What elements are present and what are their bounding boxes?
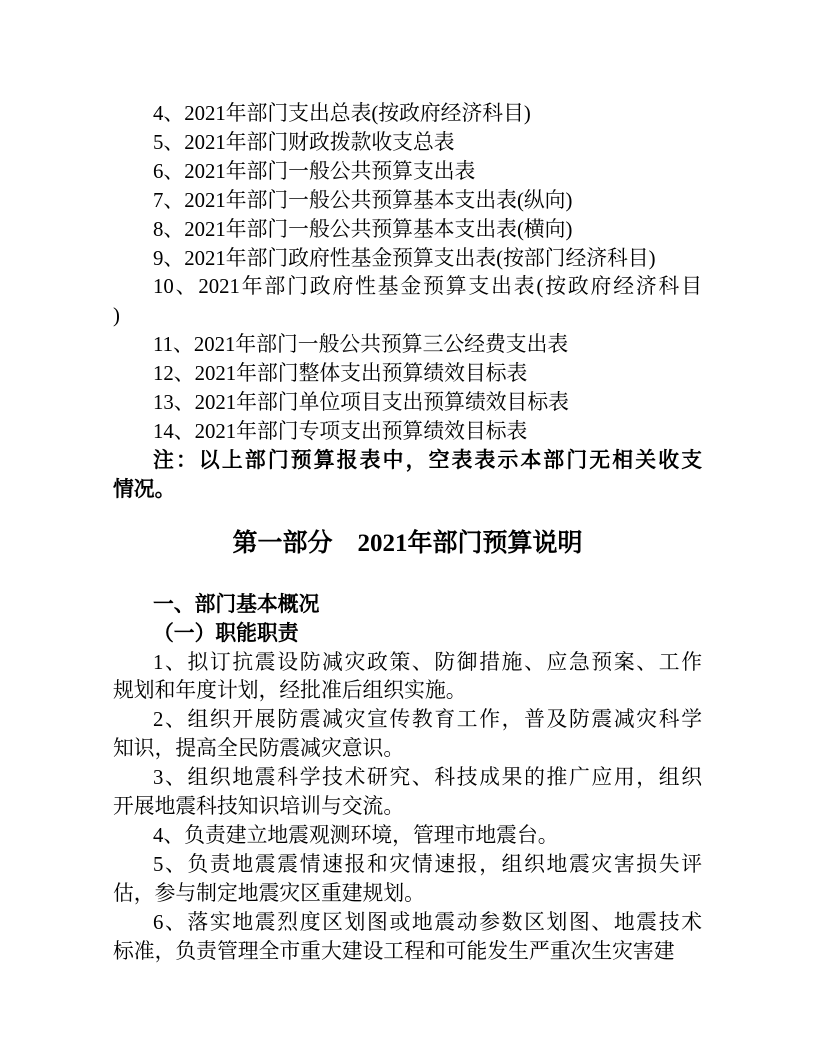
subsection-heading-duties: （一）职能职责 bbox=[113, 620, 702, 649]
appendix-item-11: 11、2021年部门一般公共预算三公经费支出表 bbox=[113, 331, 702, 360]
appendix-item-14: 14、2021年部门专项支出预算绩效目标表 bbox=[113, 418, 702, 447]
appendix-item-5: 5、2021年部门财政拨款收支总表 bbox=[113, 129, 702, 158]
duty-4-line-1: 4、负责建立地震观测环境，管理市地震台。 bbox=[113, 822, 702, 851]
duty-6-line-1: 6、落实地震烈度区划图或地震动参数区划图、地震技术 bbox=[113, 909, 702, 938]
appendix-item-4: 4、2021年部门支出总表(按政府经济科目) bbox=[113, 100, 702, 129]
note-line-1: 注：以上部门预算报表中，空表表示本部门无相关收支 bbox=[113, 447, 702, 476]
part-one-heading: 第一部分 2021年部门预算说明 bbox=[113, 527, 702, 561]
appendix-item-6: 6、2021年部门一般公共预算支出表 bbox=[113, 158, 702, 187]
appendix-item-8: 8、2021年部门一般公共预算基本支出表(横向) bbox=[113, 216, 702, 245]
duty-3-line-1: 3、组织地震科学技术研究、科技成果的推广应用，组织 bbox=[113, 764, 702, 793]
duty-5-line-1: 5、负责地震震情速报和灾情速报，组织地震灾害损失评 bbox=[113, 851, 702, 880]
appendix-item-13: 13、2021年部门单位项目支出预算绩效目标表 bbox=[113, 389, 702, 418]
note-line-2: 情况。 bbox=[113, 476, 702, 505]
appendix-item-10-line-2: ) bbox=[113, 302, 702, 331]
appendix-item-10-line-1: 10、2021年部门政府性基金预算支出表(按政府经济科目 bbox=[113, 273, 702, 302]
duty-1-line-1: 1、拟订抗震设防减灾政策、防御措施、应急预案、工作 bbox=[113, 649, 702, 678]
duty-2-line-2: 知识，提高全民防震减灾意识。 bbox=[113, 735, 702, 764]
duty-2-line-1: 2、组织开展防震减灾宣传教育工作，普及防震减灾科学 bbox=[113, 706, 702, 735]
appendix-item-7: 7、2021年部门一般公共预算基本支出表(纵向) bbox=[113, 187, 702, 216]
section-heading-basic-overview: 一、部门基本概况 bbox=[113, 591, 702, 620]
appendix-item-9: 9、2021年部门政府性基金预算支出表(按部门经济科目) bbox=[113, 245, 702, 274]
appendix-item-12: 12、2021年部门整体支出预算绩效目标表 bbox=[113, 360, 702, 389]
duty-3-line-2: 开展地震科技知识培训与交流。 bbox=[113, 793, 702, 822]
duty-1-line-2: 规划和年度计划，经批准后组织实施。 bbox=[113, 677, 702, 706]
document-content: 4、2021年部门支出总表(按政府经济科目) 5、2021年部门财政拨款收支总表… bbox=[113, 100, 702, 966]
duty-5-line-2: 估，参与制定地震灾区重建规划。 bbox=[113, 880, 702, 909]
duty-6-line-2: 标准，负责管理全市重大建设工程和可能发生严重次生灾害建 bbox=[113, 938, 702, 967]
document-page: 4、2021年部门支出总表(按政府经济科目) 5、2021年部门财政拨款收支总表… bbox=[0, 0, 815, 1055]
